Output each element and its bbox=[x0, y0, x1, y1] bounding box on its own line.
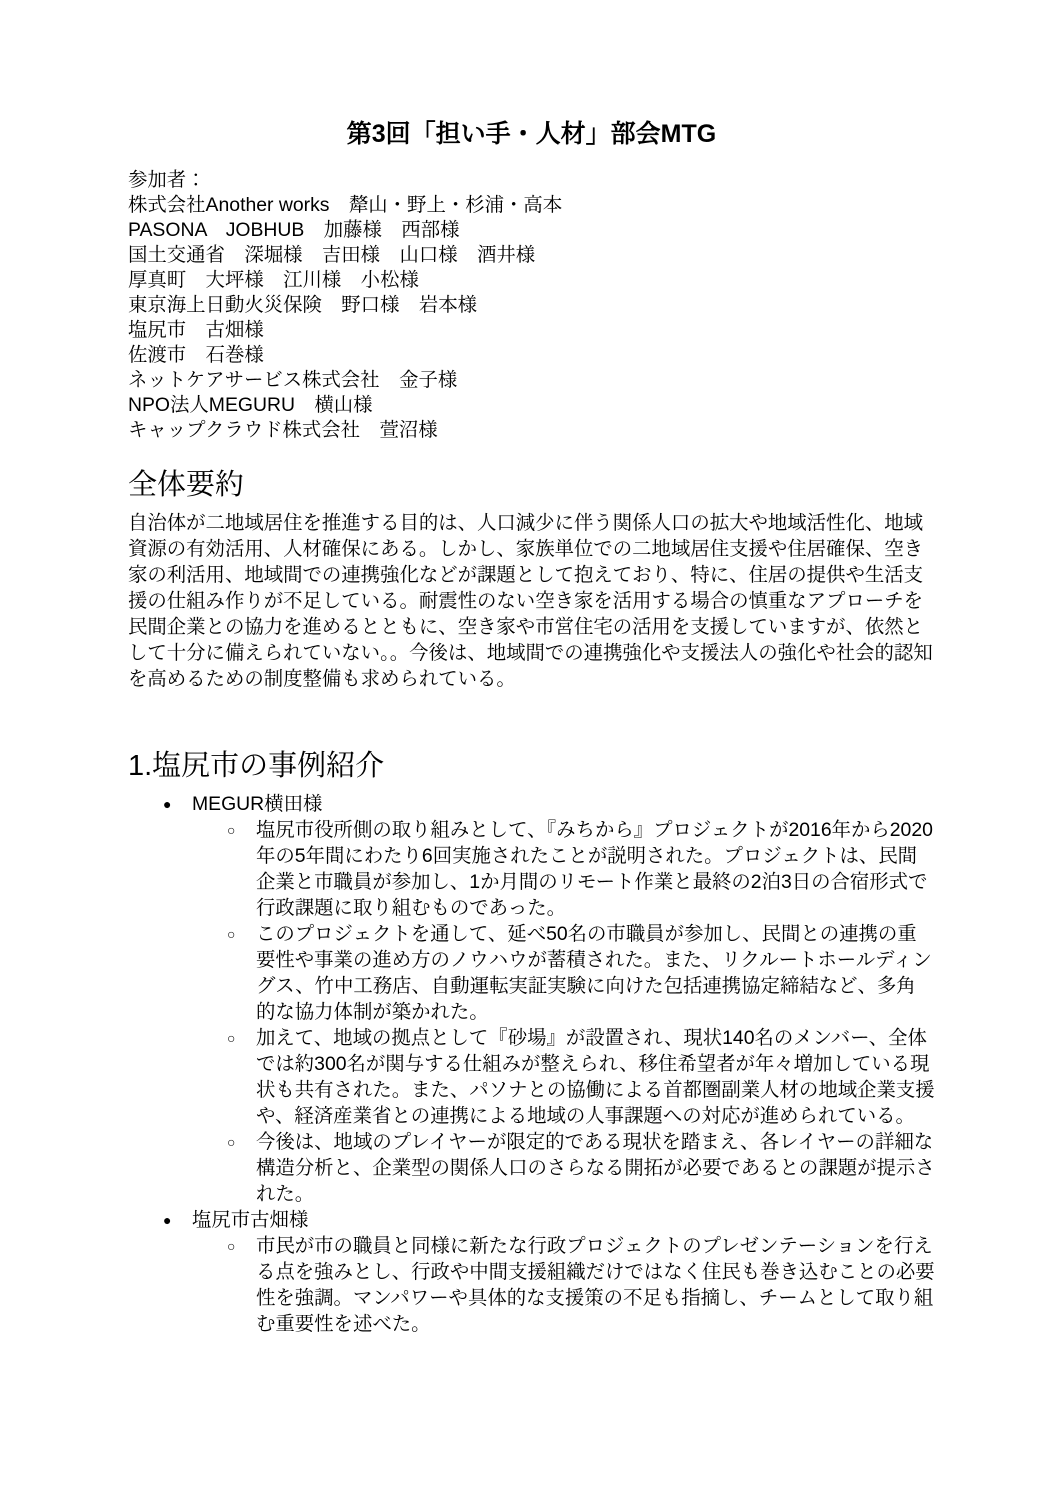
speaker-name: MEGUR横田様 bbox=[192, 791, 935, 817]
document-page: 第3回「担い手・人材」部会MTG 参加者： 株式会社Another works … bbox=[0, 0, 1060, 1497]
bullet-hollow-icon: ○ bbox=[227, 921, 256, 947]
point-item: ○今後は、地域のプレイヤーが限定的である現状を踏まえ、各レイヤーの詳細な構造分析… bbox=[227, 1129, 935, 1207]
section1-list: ●MEGUR横田様○塩尻市役所側の取り組みとして、『みちから』プロジェクトが20… bbox=[128, 791, 935, 1337]
point-text: 加えて、地域の拠点として『砂場』が設置され、現状140名のメンバー、全体では約3… bbox=[256, 1025, 935, 1129]
bullet-filled-icon: ● bbox=[163, 791, 192, 817]
participant-line: 厚真町 大坪様 江川様 小松様 bbox=[128, 268, 935, 293]
bullet-hollow-icon: ○ bbox=[227, 817, 256, 843]
bullet-filled-icon: ● bbox=[163, 1207, 192, 1233]
bullet-hollow-icon: ○ bbox=[227, 1233, 256, 1259]
participant-line: 株式会社Another works 犛山・野上・杉浦・高本 bbox=[128, 193, 935, 218]
point-item: ○市民が市の職員と同様に新たな行政プロジェクトのプレゼンテーションを行える点を強… bbox=[227, 1233, 935, 1337]
point-text: 今後は、地域のプレイヤーが限定的である現状を踏まえ、各レイヤーの詳細な構造分析と… bbox=[256, 1129, 935, 1207]
point-text: 塩尻市役所側の取り組みとして、『みちから』プロジェクトが2016年から2020年… bbox=[256, 817, 935, 921]
speaker-item: ●塩尻市古畑様 bbox=[163, 1207, 935, 1233]
participant-line: ネットケアサービス株式会社 金子様 bbox=[128, 368, 935, 393]
point-item: ○このプロジェクトを通して、延べ50名の市職員が参加し、民間との連携の重要性や事… bbox=[227, 921, 935, 1025]
speaker-name: 塩尻市古畑様 bbox=[192, 1207, 935, 1233]
participants-list: 株式会社Another works 犛山・野上・杉浦・高本PASONA JOBH… bbox=[128, 193, 935, 443]
section1-heading: 1.塩尻市の事例紹介 bbox=[128, 747, 935, 785]
point-item: ○加えて、地域の拠点として『砂場』が設置され、現状140名のメンバー、全体では約… bbox=[227, 1025, 935, 1129]
participant-line: 塩尻市 古畑様 bbox=[128, 318, 935, 343]
document-title: 第3回「担い手・人材」部会MTG bbox=[128, 118, 935, 150]
participant-line: PASONA JOBHUB 加藤様 西部様 bbox=[128, 218, 935, 243]
point-text: このプロジェクトを通して、延べ50名の市職員が参加し、民間との連携の重要性や事業… bbox=[256, 921, 935, 1025]
participant-line: キャップクラウド株式会社 萱沼様 bbox=[128, 418, 935, 443]
point-text: 市民が市の職員と同様に新たな行政プロジェクトのプレゼンテーションを行える点を強み… bbox=[256, 1233, 935, 1337]
participant-line: NPO法人MEGURU 横山様 bbox=[128, 393, 935, 418]
bullet-hollow-icon: ○ bbox=[227, 1129, 256, 1155]
participants-label: 参加者： bbox=[128, 168, 935, 193]
participant-line: 佐渡市 石巻様 bbox=[128, 343, 935, 368]
summary-paragraph: 自治体が二地域居住を推進する目的は、人口減少に伴う関係人口の拡大や地域活性化、地… bbox=[128, 510, 935, 692]
speaker-item: ●MEGUR横田様 bbox=[163, 791, 935, 817]
point-item: ○塩尻市役所側の取り組みとして、『みちから』プロジェクトが2016年から2020… bbox=[227, 817, 935, 921]
participants-block: 参加者： 株式会社Another works 犛山・野上・杉浦・高本PASONA… bbox=[128, 168, 935, 443]
participant-line: 東京海上日動火災保険 野口様 岩本様 bbox=[128, 293, 935, 318]
summary-heading: 全体要約 bbox=[128, 466, 935, 504]
participant-line: 国土交通省 深堀様 吉田様 山口様 酒井様 bbox=[128, 243, 935, 268]
bullet-hollow-icon: ○ bbox=[227, 1025, 256, 1051]
